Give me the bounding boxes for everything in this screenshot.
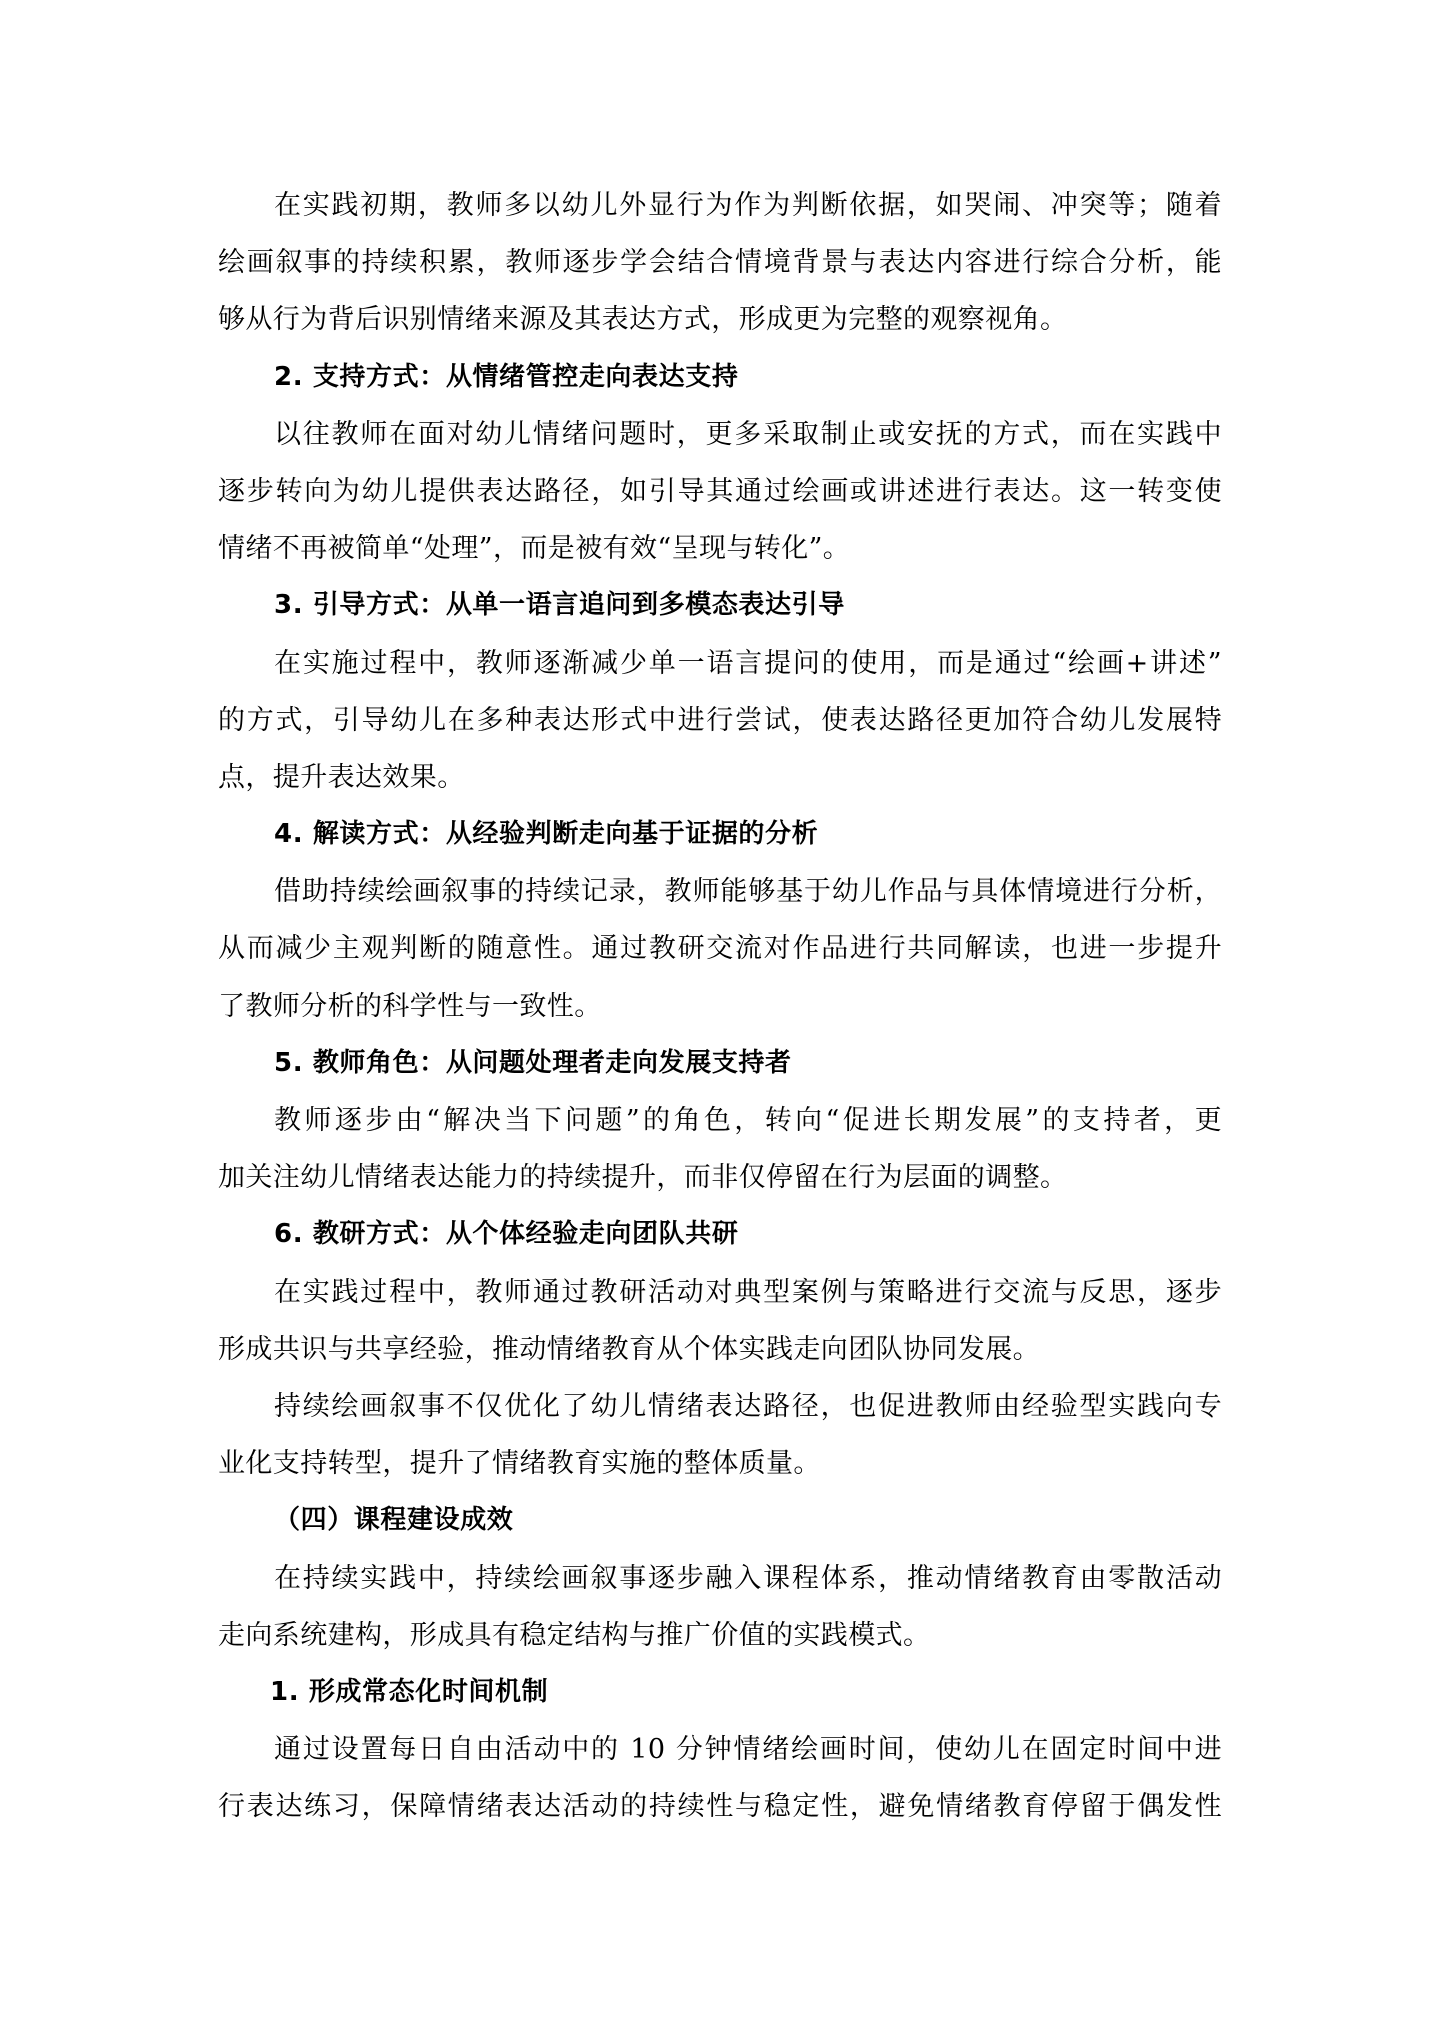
subheading-interpretation-method: 4. 解读方式：从经验判断走向基于证据的分析 [218, 806, 1222, 863]
paragraph-line: 业化支持转型，提升了情绪教育实施的整体质量。 [218, 1435, 1222, 1492]
subheading-research-method: 6. 教研方式：从个体经验走向团队共研 [218, 1206, 1222, 1263]
paragraph-line: 从而减少主观判断的随意性。通过教研交流对作品进行共同解读，也进一步提升 [218, 920, 1222, 977]
paragraph-line: 在实施过程中，教师逐渐减少单一语言提问的使用，而是通过“绘画+讲述” [218, 635, 1222, 692]
section-heading-curriculum-outcomes: （四）课程建设成效 [218, 1492, 1222, 1549]
paragraph-line: 借助持续绘画叙事的持续记录，教师能够基于幼儿作品与具体情境进行分析， [218, 863, 1222, 920]
paragraph-line: 逐步转向为幼儿提供表达路径，如引导其通过绘画或讲述进行表达。这一转变使 [218, 463, 1222, 520]
paragraph-line: 走向系统建构，形成具有稳定结构与推广价值的实践模式。 [218, 1607, 1222, 1664]
paragraph-line: 持续绘画叙事不仅优化了幼儿情绪表达路径，也促进教师由经验型实践向专 [218, 1378, 1222, 1435]
paragraph-line: 加关注幼儿情绪表达能力的持续提升，而非仅停留在行为层面的调整。 [218, 1149, 1222, 1206]
paragraph-line: 行表达练习，保障情绪表达活动的持续性与稳定性，避免情绪教育停留于偶发性 [218, 1778, 1222, 1835]
paragraph-line: 形成共识与共享经验，推动情绪教育从个体实践走向团队协同发展。 [218, 1321, 1222, 1378]
subheading-guidance-method: 3. 引导方式：从单一语言追问到多模态表达引导 [218, 577, 1222, 634]
paragraph-line: 情绪不再被简单“处理”，而是被有效“呈现与转化”。 [218, 520, 1222, 577]
paragraph-line: 在持续实践中，持续绘画叙事逐步融入课程体系，推动情绪教育由零散活动 [218, 1550, 1222, 1607]
subheading-support-method: 2. 支持方式：从情绪管控走向表达支持 [218, 349, 1222, 406]
subheading-time-mechanism: 1. 形成常态化时间机制 [218, 1664, 1222, 1721]
paragraph-line: 在实践过程中，教师通过教研活动对典型案例与策略进行交流与反思，逐步 [218, 1264, 1222, 1321]
subheading-teacher-role: 5. 教师角色：从问题处理者走向发展支持者 [218, 1035, 1222, 1092]
paragraph-line: 了教师分析的科学性与一致性。 [218, 978, 1222, 1035]
paragraph-line: 的方式，引导幼儿在多种表达形式中进行尝试，使表达路径更加符合幼儿发展特 [218, 692, 1222, 749]
paragraph-line: 通过设置每日自由活动中的 10 分钟情绪绘画时间，使幼儿在固定时间中进 [218, 1721, 1222, 1778]
paragraph-line: 够从行为背后识别情绪来源及其表达方式，形成更为完整的观察视角。 [218, 291, 1222, 348]
paragraph-line: 在实践初期，教师多以幼儿外显行为作为判断依据，如哭闹、冲突等；随着 [218, 177, 1222, 234]
paragraph-line: 教师逐步由“解决当下问题”的角色，转向“促进长期发展”的支持者，更 [218, 1092, 1222, 1149]
paragraph-line: 绘画叙事的持续积累，教师逐步学会结合情境背景与表达内容进行综合分析，能 [218, 234, 1222, 291]
paragraph-line: 以往教师在面对幼儿情绪问题时，更多采取制止或安抚的方式，而在实践中 [218, 406, 1222, 463]
paragraph-line: 点，提升表达效果。 [218, 749, 1222, 806]
document-page: 在实践初期，教师多以幼儿外显行为作为判断依据，如哭闹、冲突等；随着 绘画叙事的持… [218, 177, 1222, 1835]
